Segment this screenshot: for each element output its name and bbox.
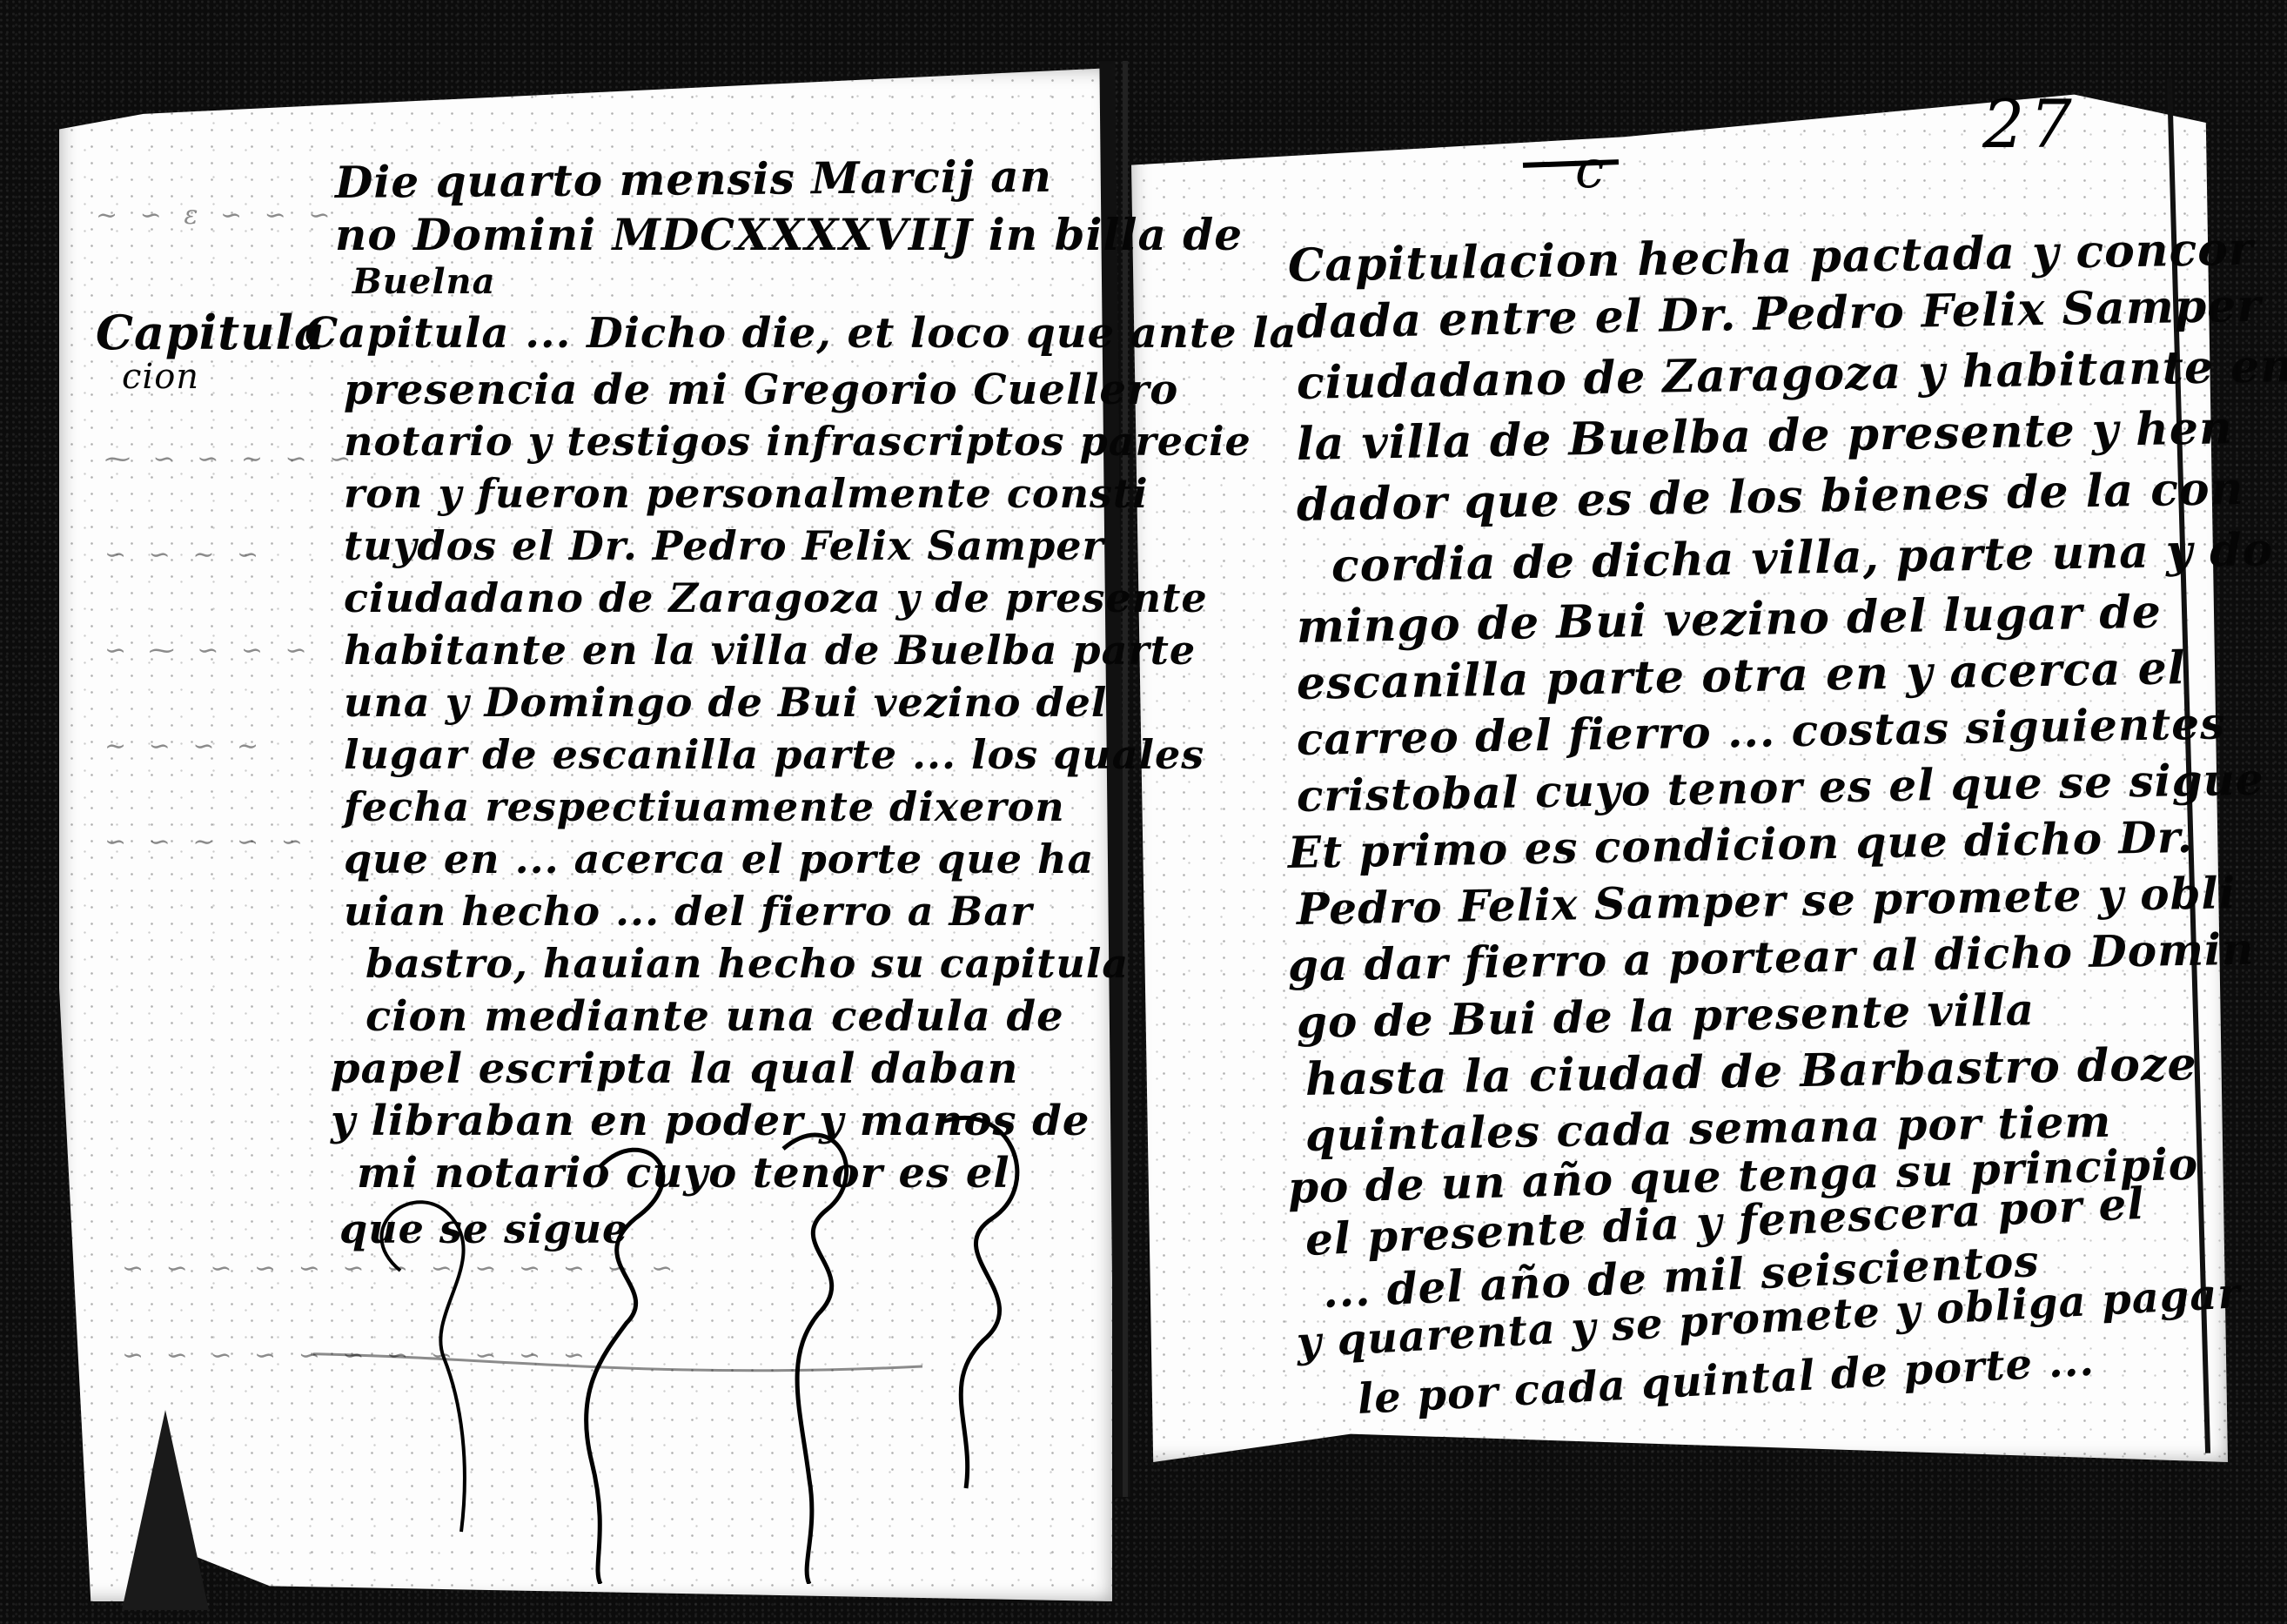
manuscript-line: que en ... acerca el porte que ha (344, 835, 1094, 882)
bleed-through-text: ⁓ ∽ ∽ ∼ ∽ ∽ (104, 444, 358, 474)
bleed-through-text: ∽ ⁓ ∽ ∽ ∽ (104, 635, 314, 666)
manuscript-line: uian hecho ... del fierro a Bar (344, 888, 1032, 935)
manuscript-line: fecha respectiuamente dixeron (344, 783, 1065, 830)
manuscript-line: ciudadano de Zaragoza y de presente (344, 574, 1208, 621)
bleed-through-text: ∽ ∽ ∼ ∽ (104, 540, 265, 570)
manuscript-line: cion mediante una cedula de (366, 992, 1064, 1041)
manuscript-line: lugar de escanilla parte ... los quales (344, 731, 1204, 778)
bleed-through-text: ∽ ∽ ∼ ∽ ∽ (104, 827, 310, 857)
manuscript-line: no Domini MDCXXXXVIIJ in billa de (335, 209, 1243, 260)
closing-flourish-icon (313, 1097, 1097, 1584)
manuscript-line: Buelna (352, 261, 496, 302)
bleed-through-text: ~ ∽ ε ∽ ∽ ∽ (96, 200, 337, 231)
manuscript-line: papel escripta la qual daban (331, 1044, 1018, 1093)
manuscript-line: presencia de mi Gregorio Cuellero (344, 366, 1178, 414)
manuscript-line: una y Domingo de Bui vezino del (344, 679, 1107, 726)
folio-number: 27 (1982, 85, 2077, 163)
manuscript-line: tuydos el Dr. Pedro Felix Samper (344, 522, 1104, 569)
manuscript-line: habitante en la villa de Buelba parte (344, 627, 1196, 674)
manuscript-line: Capitula ... Dicho die, et loco que ante… (305, 309, 1298, 358)
book-spine-shadow (1123, 61, 1128, 1497)
bleed-through-text: ∼ ∽ ∽ ∼ (104, 731, 265, 762)
manuscript-line: ron y fueron personalmente consti (344, 470, 1149, 517)
margin-note: cion (122, 357, 199, 397)
manuscript-line: Die quarto mensis Marcij an (335, 151, 1053, 208)
manuscript-line: notario y testigos infrascriptos parecie (344, 418, 1251, 465)
manuscript-line: bastro, hauian hecho su capitula (366, 940, 1129, 987)
header-mark: c (1575, 139, 1605, 200)
margin-note: Capitula (96, 305, 325, 360)
page-corner-fold (122, 1410, 209, 1610)
